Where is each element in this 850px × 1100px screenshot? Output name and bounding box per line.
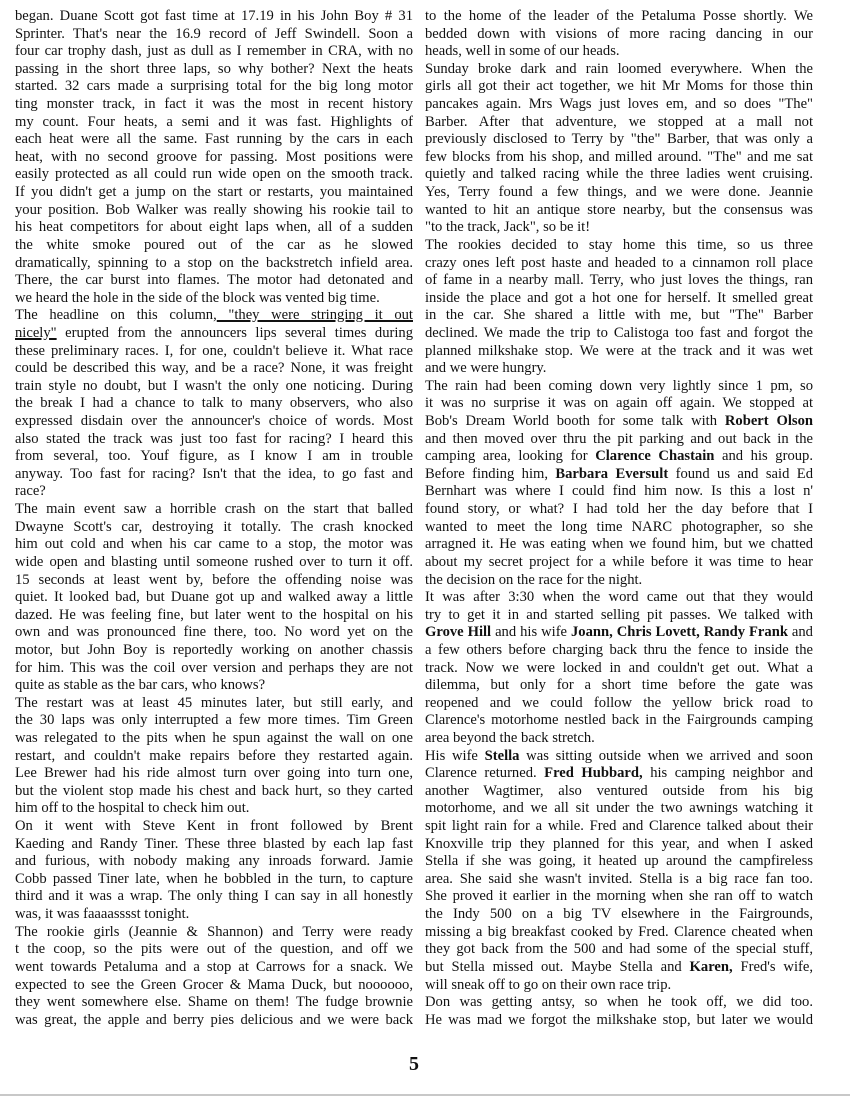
text-line: heat, with no second groove for passing.… bbox=[15, 149, 413, 167]
text-line: The headline on this column, "they were … bbox=[15, 307, 413, 325]
text-segment: wanted to meet the long time NARC photog… bbox=[425, 519, 813, 535]
text-segment: heads, well in some of our heads. bbox=[425, 43, 620, 59]
text-line: planned milkshake stop. We were at the t… bbox=[425, 343, 813, 361]
text-line: wide open and blasting until someone rus… bbox=[15, 554, 413, 572]
text-segment: went towards Petaluma and a stop at Carr… bbox=[15, 959, 413, 975]
text-line: but the violent stop made his chest and … bbox=[15, 783, 413, 801]
text-line: him off to the hospital to check him out… bbox=[15, 800, 413, 818]
bold-name: Karen, bbox=[690, 959, 733, 975]
text-segment: wanted to hit an antique store nearby, b… bbox=[425, 202, 813, 218]
text-line: nicely" erupted from the announcers lips… bbox=[15, 325, 413, 343]
text-segment: The restart was at least 45 minutes late… bbox=[15, 695, 413, 711]
text-line: and then moved over thru the pit parking… bbox=[425, 431, 813, 449]
text-segment: It was after 3:30 when the word came out… bbox=[425, 589, 813, 605]
bold-name: Robert Olson bbox=[725, 413, 813, 429]
text-segment: was relegated to the pits when he spun a… bbox=[15, 730, 413, 746]
text-segment: was, it was faaaasssst tonight. bbox=[15, 906, 189, 922]
text-segment: third and it was a wrap. The only thing … bbox=[15, 888, 413, 904]
text-segment: and furious, with nobody making any inro… bbox=[15, 853, 413, 869]
text-segment: arragned it. He was eating when we found… bbox=[425, 536, 813, 552]
text-segment: track. Now we were locked in and couldn'… bbox=[425, 660, 813, 676]
text-line: the white smoke poured out of the car as… bbox=[15, 237, 413, 255]
text-segment: was great, the apple and berry pies deli… bbox=[15, 1012, 413, 1028]
text-line: restart, and couldn't make repairs befor… bbox=[15, 748, 413, 766]
text-segment: The headline on this column, bbox=[15, 307, 217, 323]
text-segment: Before finding him, bbox=[425, 466, 555, 482]
text-segment: train style no doubt, but I wasn't the o… bbox=[15, 378, 413, 394]
text-line: Yes, Terry found a few things, and we we… bbox=[425, 184, 813, 202]
text-segment: dramatically, spinning to a stop on the … bbox=[15, 255, 413, 271]
text-segment: the decision on the race for the night. bbox=[425, 572, 642, 588]
text-segment: these preliminary races. I, for one, cou… bbox=[15, 343, 413, 359]
text-segment: area beyond the back stretch. bbox=[425, 730, 595, 746]
text-line: bedded down with visions of more racing … bbox=[425, 26, 813, 44]
text-line: the break I had a chance to talk to many… bbox=[15, 395, 413, 413]
text-line: they went somewhere else. Shame on them!… bbox=[15, 994, 413, 1012]
text-segment: found us and said Ed bbox=[668, 466, 813, 482]
text-segment: it was no surprise it was on again off a… bbox=[425, 395, 813, 411]
text-segment: Bob's Dream World booth for some talk wi… bbox=[425, 413, 725, 429]
text-line: and we were hungry. bbox=[425, 360, 813, 378]
text-line: my count. Four heats, a semi and it was … bbox=[15, 114, 413, 132]
text-line: Bernhart was where I could find him now.… bbox=[425, 483, 813, 501]
text-segment: erupted from the announcers lips several… bbox=[57, 325, 413, 341]
text-line: If you didn't get a jump on the start or… bbox=[15, 184, 413, 202]
text-line: will sneak off to go on their own race t… bbox=[425, 977, 813, 995]
text-segment: the Indy 500 on a big TV elsewhere in th… bbox=[425, 906, 813, 922]
text-segment: quietly and talked racing while the thre… bbox=[425, 166, 813, 182]
text-line: began. Duane Scott got fast time at 17.1… bbox=[15, 8, 413, 26]
text-line: declined. We made the trip to Calistoga … bbox=[425, 325, 813, 343]
bold-name: Fred Hubbard, bbox=[544, 765, 643, 781]
text-segment: another Wagtimer, also ventured outside … bbox=[425, 783, 813, 799]
text-line: try to get it in and started selling pit… bbox=[425, 607, 813, 625]
text-segment: passing in the short three laps, so why … bbox=[15, 61, 413, 77]
text-segment: about my secret project for a while befo… bbox=[425, 554, 813, 570]
text-segment: and then moved over thru the pit parking… bbox=[425, 431, 813, 447]
text-line: a few others before charging back thru t… bbox=[425, 642, 813, 660]
text-segment: also stated the track was just too fast … bbox=[15, 431, 413, 447]
text-line: Dwayne Scott's car, destroying it totall… bbox=[15, 519, 413, 537]
text-line: Sunday broke dark and rain loomed everyw… bbox=[425, 61, 813, 79]
bold-name: Stella bbox=[485, 748, 520, 764]
text-line: it was no surprise it was on again off a… bbox=[425, 395, 813, 413]
text-line: the 30 laps was only interrupted a few m… bbox=[15, 712, 413, 730]
text-segment: If you didn't get a jump on the start or… bbox=[15, 184, 413, 200]
text-segment: expressed disdain over the announcer's c… bbox=[15, 413, 413, 429]
text-segment: His wife bbox=[425, 748, 485, 764]
text-segment: easily protected as all could run wide o… bbox=[15, 166, 413, 182]
text-line: motor, but John Boy is reportedly workin… bbox=[15, 642, 413, 660]
text-segment: will sneak off to go on their own race t… bbox=[425, 977, 671, 993]
text-segment: started. 32 cars made a surprising total… bbox=[15, 78, 413, 94]
text-line: your position. Bob Walker was really sho… bbox=[15, 202, 413, 220]
text-segment: pancakes again. Mrs Wags just loves em, … bbox=[425, 96, 813, 112]
text-segment: him out cold and when his car came to a … bbox=[15, 536, 413, 552]
text-segment: motorhome, and we all sit under the two … bbox=[425, 800, 813, 816]
text-segment: and bbox=[788, 624, 813, 640]
text-line: Cobb passed Tiner late, when he bobbled … bbox=[15, 871, 413, 889]
text-segment: from several, too. Youf figure, as I kno… bbox=[15, 448, 413, 464]
bold-name: Grove Hill bbox=[425, 624, 491, 640]
text-line: each heat were all the same. Fast runnin… bbox=[15, 131, 413, 149]
text-line: missing a big breakfast cooked by Fred. … bbox=[425, 924, 813, 942]
text-line: for him. This was the coil over version … bbox=[15, 660, 413, 678]
text-segment: Sunday broke dark and rain loomed everyw… bbox=[425, 61, 813, 77]
text-line: wanted to hit an antique store nearby, b… bbox=[425, 202, 813, 220]
text-segment: few blocks from his shop, and milled aro… bbox=[425, 149, 813, 165]
text-line: another Wagtimer, also ventured outside … bbox=[425, 783, 813, 801]
text-segment: in the car. She shared a little with me,… bbox=[425, 307, 813, 323]
underlined-quote: "they were stringing it out bbox=[217, 307, 413, 323]
text-segment: race? bbox=[15, 483, 46, 499]
bold-name: Barbara Eversult bbox=[555, 466, 668, 482]
text-line: heads, well in some of our heads. bbox=[425, 43, 813, 61]
text-segment: Sprinter. That's near the 16.9 record of… bbox=[15, 26, 413, 42]
text-segment: but the violent stop made his chest and … bbox=[15, 783, 413, 799]
text-segment: his heat competitors for about eight lap… bbox=[15, 219, 413, 235]
text-line: camping area, looking for Clarence Chast… bbox=[425, 448, 813, 466]
text-segment: reopened and we could follow the yellow … bbox=[425, 695, 813, 711]
text-segment: the 30 laps was only interrupted a few m… bbox=[15, 712, 413, 728]
text-segment: declined. We made the trip to Calistoga … bbox=[425, 325, 813, 341]
underlined-quote: nicely" bbox=[15, 325, 57, 341]
text-segment: the white smoke poured out of the car as… bbox=[15, 237, 413, 253]
text-line: There, the car burst into flames. The mo… bbox=[15, 272, 413, 290]
text-line: from several, too. Youf figure, as I kno… bbox=[15, 448, 413, 466]
text-segment: wide open and blasting until someone rus… bbox=[15, 554, 413, 570]
text-segment: camping area, looking for bbox=[425, 448, 595, 464]
text-segment: 15 seconds at least went by, before the … bbox=[15, 572, 413, 588]
text-line: of fame in a nearby mall. Terry, who jus… bbox=[425, 272, 813, 290]
text-segment: On it went with Steve Kent in front foll… bbox=[15, 818, 413, 834]
text-segment: began. Duane Scott got fast time at 17.1… bbox=[15, 8, 413, 24]
text-segment: Fred's wife, bbox=[733, 959, 813, 975]
text-segment: the break I had a chance to talk to many… bbox=[15, 395, 413, 411]
text-segment: previously disclosed to Terry by "the" B… bbox=[425, 131, 813, 147]
text-line: Barber. After that adventure, we stopped… bbox=[425, 114, 813, 132]
text-segment: spit light rain for a while. Fred and Cl… bbox=[425, 818, 813, 834]
text-segment: The rookie girls (Jeannie & Shannon) and… bbox=[15, 924, 413, 940]
text-segment: each heat were all the same. Fast runnin… bbox=[15, 131, 413, 147]
text-line: The rookie girls (Jeannie & Shannon) and… bbox=[15, 924, 413, 942]
text-line: girls all got their act together, we hit… bbox=[425, 78, 813, 96]
text-segment: expected to see the Green Grocer & Mama … bbox=[15, 977, 413, 993]
page-bottom-edge bbox=[0, 1094, 850, 1096]
text-line: easily protected as all could run wide o… bbox=[15, 166, 413, 184]
text-line: his heat competitors for about eight lap… bbox=[15, 219, 413, 237]
text-line: we heard the hole in the side of the blo… bbox=[15, 290, 413, 308]
text-segment: ting monster track, in fact it was the m… bbox=[15, 96, 413, 112]
text-segment: area. She said she wasn't invited. Stell… bbox=[425, 871, 813, 887]
text-line: arragned it. He was eating when we found… bbox=[425, 536, 813, 554]
text-line: inside the place and got a hot one for h… bbox=[425, 290, 813, 308]
text-segment: could be described this way, and be a ra… bbox=[15, 360, 413, 376]
text-line: quite as stable as the bar cars, who kno… bbox=[15, 677, 413, 695]
text-line: dramatically, spinning to a stop on the … bbox=[15, 255, 413, 273]
text-segment: He was mad we forgot the milkshake stop,… bbox=[425, 1012, 813, 1028]
text-line: pancakes again. Mrs Wags just loves em, … bbox=[425, 96, 813, 114]
text-line: was great, the apple and berry pies deli… bbox=[15, 1012, 413, 1030]
text-line: but Stella missed out. Maybe Stella and … bbox=[425, 959, 813, 977]
text-line: Clarence's motorhome nestled back in the… bbox=[425, 712, 813, 730]
text-segment: they got back from the 500 and had some … bbox=[425, 941, 813, 957]
text-line: in the car. She shared a little with me,… bbox=[425, 307, 813, 325]
text-segment: to the home of the leader of the Petalum… bbox=[425, 8, 813, 24]
text-segment: crazy ones left post haste and headed to… bbox=[425, 255, 813, 271]
text-segment: for him. This was the coil over version … bbox=[15, 660, 413, 676]
text-line: to the home of the leader of the Petalum… bbox=[425, 8, 813, 26]
text-line: Don was getting antsy, so when he took o… bbox=[425, 994, 813, 1012]
text-segment: was sitting outside when we arrived and … bbox=[519, 748, 813, 764]
text-line: own and was pronounced fine there, too. … bbox=[15, 624, 413, 642]
text-segment: heat, with no second groove for passing.… bbox=[15, 149, 413, 165]
text-segment: t the coop, so the pits were out of the … bbox=[15, 941, 413, 957]
text-line: "to the track, Jack", so be it! bbox=[425, 219, 813, 237]
text-line: 15 seconds at least went by, before the … bbox=[15, 572, 413, 590]
text-line: track. Now we were locked in and couldn'… bbox=[425, 660, 813, 678]
text-line: the Indy 500 on a big TV elsewhere in th… bbox=[425, 906, 813, 924]
text-segment: him off to the hospital to check him out… bbox=[15, 800, 249, 816]
text-segment: Dwayne Scott's car, destroying it totall… bbox=[15, 519, 413, 535]
text-line: was relegated to the pits when he spun a… bbox=[15, 730, 413, 748]
text-line: Clarence returned. Fred Hubbard, his cam… bbox=[425, 765, 813, 783]
text-line: reopened and we could follow the yellow … bbox=[425, 695, 813, 713]
text-segment: of fame in a nearby mall. Terry, who jus… bbox=[425, 272, 813, 288]
text-line: also stated the track was just too fast … bbox=[15, 431, 413, 449]
text-line: Grove Hill and his wife Joann, Chris Lov… bbox=[425, 624, 813, 642]
text-line: Kaeding and Randy Tiner. These three bla… bbox=[15, 836, 413, 854]
text-line: Knoxville trip they planned for this yea… bbox=[425, 836, 813, 854]
text-line: The main event saw a horrible crash on t… bbox=[15, 501, 413, 519]
text-line: crazy ones left post haste and headed to… bbox=[425, 255, 813, 273]
right-column: to the home of the leader of the Petalum… bbox=[425, 8, 813, 1029]
text-line: third and it was a wrap. The only thing … bbox=[15, 888, 413, 906]
text-line: The restart was at least 45 minutes late… bbox=[15, 695, 413, 713]
text-line: wanted to meet the long time NARC photog… bbox=[425, 519, 813, 537]
text-line: t the coop, so the pits were out of the … bbox=[15, 941, 413, 959]
text-segment: found story, or what? I had told her the… bbox=[425, 501, 813, 517]
text-segment: own and was pronounced fine there, too. … bbox=[15, 624, 413, 640]
text-segment: and his wife bbox=[491, 624, 571, 640]
text-segment: Knoxville trip they planned for this yea… bbox=[425, 836, 813, 852]
text-segment: Cobb passed Tiner late, when he bobbled … bbox=[15, 871, 413, 887]
text-line: quietly and talked racing while the thre… bbox=[425, 166, 813, 184]
text-line: The rookies decided to stay home this ti… bbox=[425, 237, 813, 255]
text-segment: dilemma, but only for a short time befor… bbox=[425, 677, 813, 693]
text-segment: restart, and couldn't make repairs befor… bbox=[15, 748, 413, 764]
text-segment: Lee Brewer had his ride almost turn over… bbox=[15, 765, 413, 781]
text-line: He was mad we forgot the milkshake stop,… bbox=[425, 1012, 813, 1030]
text-line: On it went with Steve Kent in front foll… bbox=[15, 818, 413, 836]
text-segment: they went somewhere else. Shame on them!… bbox=[15, 994, 413, 1010]
text-segment: bedded down with visions of more racing … bbox=[425, 26, 813, 42]
text-segment: quite as stable as the bar cars, who kno… bbox=[15, 677, 265, 693]
text-segment: Bernhart was where I could find him now.… bbox=[425, 483, 813, 499]
text-segment: Don was getting antsy, so when he took o… bbox=[425, 994, 813, 1010]
text-segment: and his group. bbox=[714, 448, 813, 464]
text-line: expressed disdain over the announcer's c… bbox=[15, 413, 413, 431]
text-line: and furious, with nobody making any inro… bbox=[15, 853, 413, 871]
bold-name: Joann, Chris Lovett, Randy Frank bbox=[571, 624, 788, 640]
text-line: could be described this way, and be a ra… bbox=[15, 360, 413, 378]
text-segment: we heard the hole in the side of the blo… bbox=[15, 290, 380, 306]
text-line: Before finding him, Barbara Eversult fou… bbox=[425, 466, 813, 484]
text-line: started. 32 cars made a surprising total… bbox=[15, 78, 413, 96]
text-line: Stella if she was going, it heated up ar… bbox=[425, 853, 813, 871]
text-segment: try to get it in and started selling pit… bbox=[425, 607, 813, 623]
text-segment: four car trophy dash, just as dull as I … bbox=[15, 43, 413, 59]
text-segment: his camping neighbor and bbox=[643, 765, 813, 781]
text-segment: Clarence's motorhome nestled back in the… bbox=[425, 712, 813, 728]
text-segment: The rain had been coming down very light… bbox=[425, 378, 813, 394]
text-segment: but Stella missed out. Maybe Stella and bbox=[425, 959, 690, 975]
text-segment: motor, but John Boy is reportedly workin… bbox=[15, 642, 413, 658]
text-line: quiet. It looked bad, but Duane got up a… bbox=[15, 589, 413, 607]
text-segment: Clarence returned. bbox=[425, 765, 544, 781]
text-segment: dazed. He was feeling fine, but later we… bbox=[15, 607, 413, 623]
text-line: few blocks from his shop, and milled aro… bbox=[425, 149, 813, 167]
text-line: area. She said she wasn't invited. Stell… bbox=[425, 871, 813, 889]
text-segment: girls all got their act together, we hit… bbox=[425, 78, 813, 94]
text-line: they got back from the 500 and had some … bbox=[425, 941, 813, 959]
text-line: It was after 3:30 when the word came out… bbox=[425, 589, 813, 607]
text-line: passing in the short three laps, so why … bbox=[15, 61, 413, 79]
page-number: 5 bbox=[409, 1053, 419, 1076]
text-line: ting monster track, in fact it was the m… bbox=[15, 96, 413, 114]
text-line: him out cold and when his car came to a … bbox=[15, 536, 413, 554]
text-line: The rain had been coming down very light… bbox=[425, 378, 813, 396]
text-segment: There, the car burst into flames. The mo… bbox=[15, 272, 413, 288]
text-segment: a few others before charging back thru t… bbox=[425, 642, 813, 658]
text-line: race? bbox=[15, 483, 413, 501]
text-line: dilemma, but only for a short time befor… bbox=[425, 677, 813, 695]
text-segment: The main event saw a horrible crash on t… bbox=[15, 501, 413, 517]
text-segment: your position. Bob Walker was really sho… bbox=[15, 202, 413, 218]
text-line: dazed. He was feeling fine, but later we… bbox=[15, 607, 413, 625]
text-segment: "to the track, Jack", so be it! bbox=[425, 219, 590, 235]
text-segment: anyway. Too fast for racing? Isn't that … bbox=[15, 466, 413, 482]
left-column: began. Duane Scott got fast time at 17.1… bbox=[15, 8, 413, 1029]
text-line: was, it was faaaasssst tonight. bbox=[15, 906, 413, 924]
text-line: these preliminary races. I, for one, cou… bbox=[15, 343, 413, 361]
text-line: His wife Stella was sitting outside when… bbox=[425, 748, 813, 766]
bold-name: Clarence Chastain bbox=[595, 448, 714, 464]
text-segment: missing a big breakfast cooked by Fred. … bbox=[425, 924, 813, 940]
text-line: anyway. Too fast for racing? Isn't that … bbox=[15, 466, 413, 484]
text-line: found story, or what? I had told her the… bbox=[425, 501, 813, 519]
text-line: She proved it earlier in the morning whe… bbox=[425, 888, 813, 906]
text-segment: Stella if she was going, it heated up ar… bbox=[425, 853, 813, 869]
text-segment: inside the place and got a hot one for h… bbox=[425, 290, 813, 306]
text-segment: Barber. After that adventure, we stopped… bbox=[425, 114, 813, 130]
text-line: four car trophy dash, just as dull as I … bbox=[15, 43, 413, 61]
text-line: motorhome, and we all sit under the two … bbox=[425, 800, 813, 818]
text-segment: Kaeding and Randy Tiner. These three bla… bbox=[15, 836, 413, 852]
text-line: spit light rain for a while. Fred and Cl… bbox=[425, 818, 813, 836]
text-line: Bob's Dream World booth for some talk wi… bbox=[425, 413, 813, 431]
text-segment: Yes, Terry found a few things, and we we… bbox=[425, 184, 813, 200]
text-segment: my count. Four heats, a semi and it was … bbox=[15, 114, 413, 130]
text-line: area beyond the back stretch. bbox=[425, 730, 813, 748]
text-segment: The rookies decided to stay home this ti… bbox=[425, 237, 813, 253]
text-line: Sprinter. That's near the 16.9 record of… bbox=[15, 26, 413, 44]
text-line: expected to see the Green Grocer & Mama … bbox=[15, 977, 413, 995]
text-line: previously disclosed to Terry by "the" B… bbox=[425, 131, 813, 149]
text-line: Lee Brewer had his ride almost turn over… bbox=[15, 765, 413, 783]
text-line: the decision on the race for the night. bbox=[425, 572, 813, 590]
text-line: train style no doubt, but I wasn't the o… bbox=[15, 378, 413, 396]
text-segment: She proved it earlier in the morning whe… bbox=[425, 888, 813, 904]
text-line: about my secret project for a while befo… bbox=[425, 554, 813, 572]
text-segment: quiet. It looked bad, but Duane got up a… bbox=[15, 589, 413, 605]
text-segment: planned milkshake stop. We were at the t… bbox=[425, 343, 813, 359]
text-segment: and we were hungry. bbox=[425, 360, 546, 376]
text-line: went towards Petaluma and a stop at Carr… bbox=[15, 959, 413, 977]
